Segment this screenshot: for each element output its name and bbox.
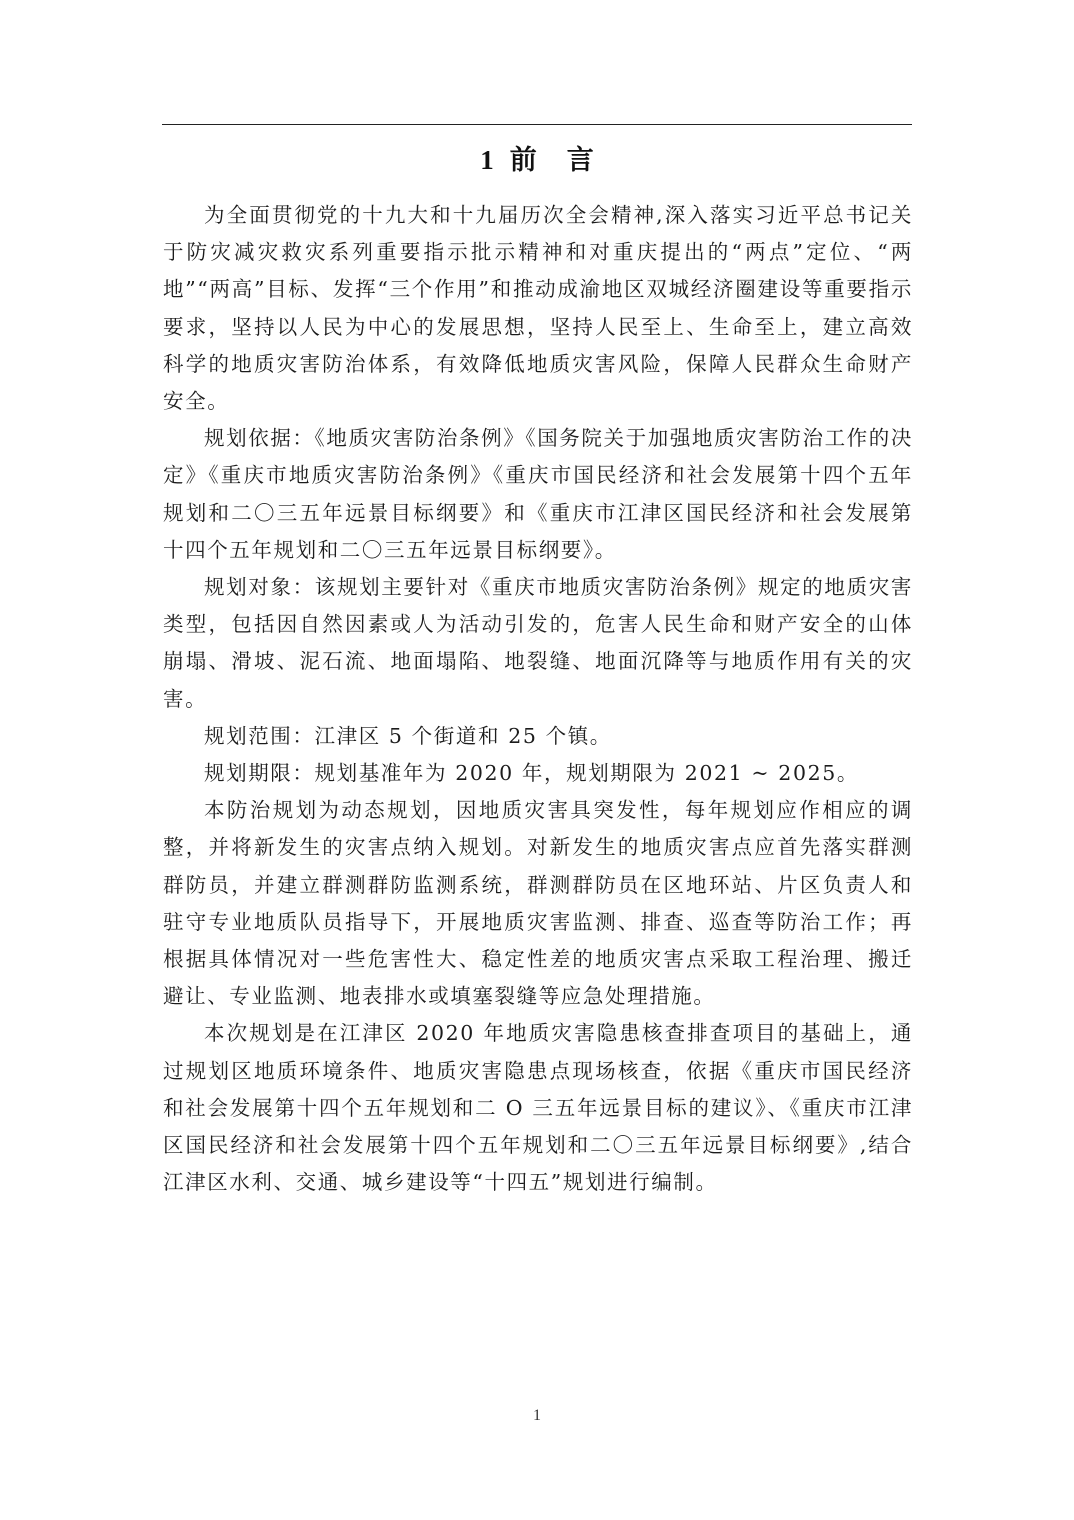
header-rule [162, 124, 912, 125]
section-title-char-1: 前 [510, 145, 537, 176]
document-body: 为全面贯彻党的十九大和十九届历次全会精神,深入落实习近平总书记关于防灾减灾救灾系… [163, 197, 913, 1201]
section-title-char-2: 言 [567, 145, 594, 176]
paragraph-planning-period: 规划期限：规划基准年为 2020 年，规划期限为 2021 ~ 2025。 [163, 755, 913, 792]
section-title: 1前言 [162, 138, 912, 183]
paragraph-planning-object: 规划对象：该规划主要针对《重庆市地质灾害防治条例》规定的地质灾害类型，包括因自然… [163, 569, 913, 718]
paragraph-planning-basis: 规划依据：《地质灾害防治条例》《国务院关于加强地质灾害防治工作的决定》《重庆市地… [163, 420, 913, 569]
paragraph-dynamic-planning: 本防治规划为动态规划，因地质灾害具突发性，每年规划应作相应的调整，并将新发生的灾… [163, 792, 913, 1015]
document-page: 1前言 为全面贯彻党的十九大和十九届历次全会精神,深入落实习近平总书记关于防灾减… [0, 0, 1074, 1520]
paragraph-planning-foundation: 本次规划是在江津区 2020 年地质灾害隐患核查排查项目的基础上，通过规划区地质… [163, 1015, 913, 1201]
section-number: 1 [480, 145, 494, 175]
paragraph-intro: 为全面贯彻党的十九大和十九届历次全会精神,深入落实习近平总书记关于防灾减灾救灾系… [163, 197, 913, 420]
paragraph-planning-scope: 规划范围：江津区 5 个街道和 25 个镇。 [163, 718, 913, 755]
page-number: 1 [0, 1407, 1074, 1425]
